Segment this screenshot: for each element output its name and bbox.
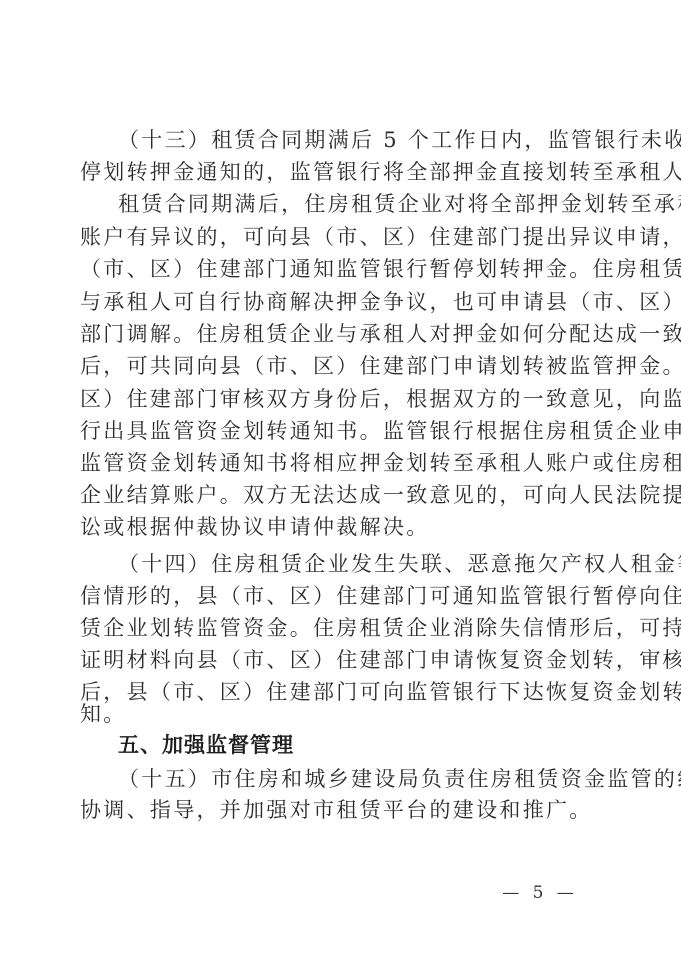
text-line: 企业结算账户。双方无法达成一致意见的，可向人民法院提起诉 [80, 479, 574, 511]
text-line: 赁企业划转监管资金。住房租赁企业消除失信情形后，可持相关 [80, 612, 574, 644]
text-line: 信情形的，县（市、区）住建部门可通知监管银行暂停向住房租 [80, 580, 574, 612]
text-line: 知。 [80, 698, 574, 730]
text-line: 账户有异议的，可向县（市、区）住建部门提出异议申请，由县 [80, 221, 574, 253]
document-page: （十三）租赁合同期满后 5 个工作日内，监管银行未收到暂 停划转押金通知的，监管… [0, 0, 681, 966]
text-line: 监管资金划转通知书将相应押金划转至承租人账户或住房租赁 [80, 447, 574, 479]
text-line: 证明材料向县（市、区）住建部门申请恢复资金划转，审核通过 [80, 644, 574, 676]
page-number: — 5 — [500, 878, 580, 908]
text-line: 后，可共同向县（市、区）住建部门申请划转被监管押金。县（市、 [80, 350, 574, 382]
text-line: 讼或根据仲裁协议申请仲裁解决。 [80, 511, 574, 543]
text-line: （市、区）住建部门通知监管银行暂停划转押金。住房租赁企业 [80, 253, 574, 285]
text-line: 与承租人可自行协商解决押金争议，也可申请县（市、区）住建 [80, 286, 574, 318]
text-line: （十三）租赁合同期满后 5 个工作日内，监管银行未收到暂 [118, 124, 574, 156]
text-line: 区）住建部门审核双方身份后，根据双方的一致意见，向监管银 [80, 383, 574, 415]
text-line: 协调、指导，并加强对市租赁平台的建设和推广。 [80, 794, 574, 826]
text-line: 部门调解。住房租赁企业与承租人对押金如何分配达成一致意见 [80, 318, 574, 350]
text-line: （十五）市住房和城乡建设局负责住房租赁资金监管的统筹、 [118, 763, 574, 795]
text-line: 行出具监管资金划转通知书。监管银行根据住房租赁企业申请及 [80, 415, 574, 447]
section-heading: 五、加强监督管理 [118, 729, 574, 761]
text-line: 停划转押金通知的，监管银行将全部押金直接划转至承租人账户。 [80, 156, 574, 188]
text-line: 租赁合同期满后，住房租赁企业对将全部押金划转至承租人 [118, 188, 574, 220]
text-line: （十四）住房租赁企业发生失联、恶意拖欠产权人租金等失 [118, 548, 574, 580]
